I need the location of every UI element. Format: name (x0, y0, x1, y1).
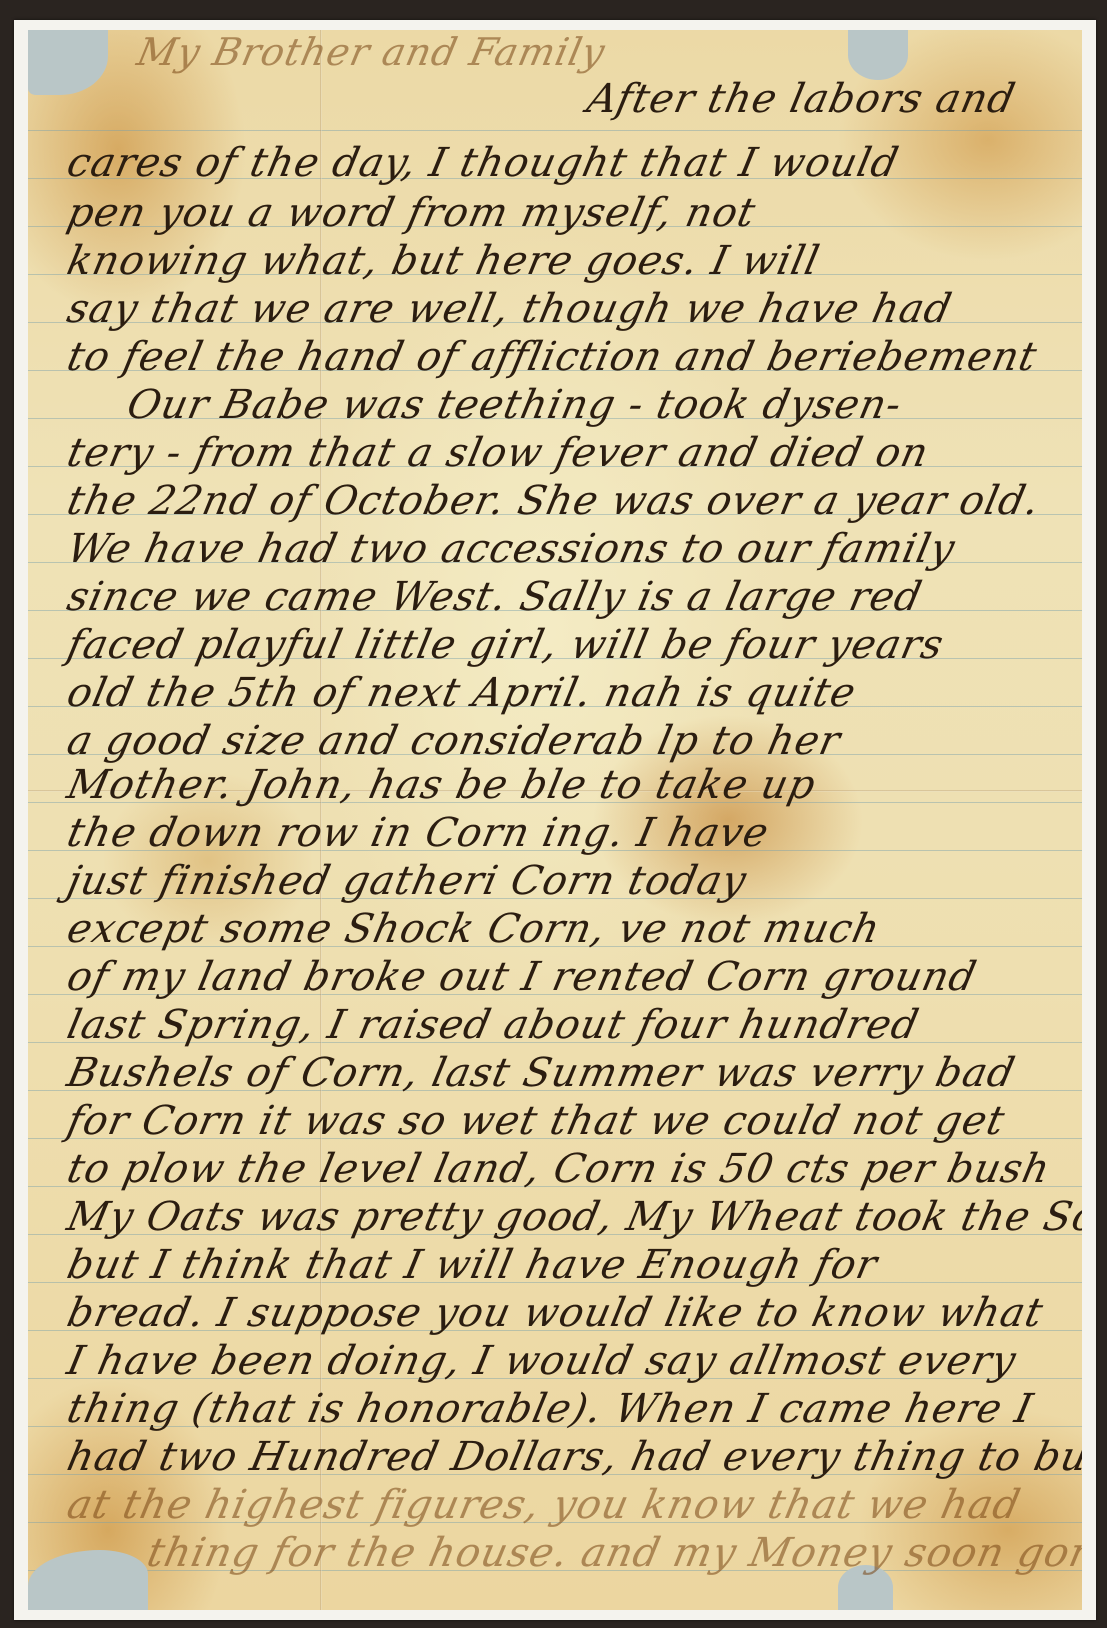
letter-line: bread. I suppose you would like to know … (63, 1290, 1047, 1336)
letter-line: cares of the day, I thought that I would (63, 140, 903, 186)
letter-line: pen you a word from myself, not (63, 190, 760, 236)
letter-line: After the labors and (583, 76, 1019, 122)
letter-line: knowing what, but here goes. I will (63, 238, 824, 284)
letter-line: the 22nd of October. She was over a year… (63, 478, 1044, 524)
torn-corner (28, 30, 108, 95)
letter-line: Bushels of Corn, last Summer was verry b… (63, 1050, 1019, 1096)
letter-line: Our Babe was teething - took dysen- (123, 382, 906, 428)
letter-line: thing for the house. and my Money soon g… (143, 1530, 1082, 1576)
letter-line: last Spring, I raised about four hundred (63, 1002, 923, 1048)
letter-line: since we came West. Sally is a large red (63, 574, 926, 620)
letter-line: just finished gatheri Corn today (63, 858, 751, 904)
letter-line: tery - from that a slow fever and died o… (63, 430, 933, 476)
ruled-line (28, 130, 1082, 131)
letter-line: We have had two accessions to our family (63, 526, 959, 572)
letter-line: the down row in Corn ing. I have (63, 810, 773, 856)
letter-line: for Corn it was so wet that we could not… (63, 1098, 1009, 1144)
letter-line: to plow the level land, Corn is 50 cts p… (63, 1146, 1054, 1192)
letter-page: My Brother and Family After the labors a… (28, 30, 1082, 1610)
salutation: My Brother and Family (133, 30, 609, 74)
letter-line: say that we are well, though we have had (63, 286, 956, 332)
letter-line: I have been doing, I would say allmost e… (63, 1338, 1020, 1384)
letter-line: at the highest figures, you know that we… (63, 1482, 1025, 1528)
letter-line: had two Hundred Dollars, had every thing… (63, 1434, 1082, 1480)
letter-line: of my land broke out I rented Corn groun… (63, 954, 981, 1000)
letter-line: Mother. John, has be ble to take up (63, 762, 820, 808)
letter-line: My Oats was pretty good, My Wheat took t… (63, 1194, 1082, 1240)
letter-line: but I think that I will have Enough for (63, 1242, 882, 1288)
letter-line: to feel the hand of affliction and berie… (63, 334, 1041, 380)
torn-hole (848, 30, 908, 80)
letter-line: faced playful little girl, will be four … (63, 622, 948, 668)
letter-line: old the 5th of next April. nah is quite (63, 670, 860, 716)
torn-corner (28, 1550, 148, 1610)
letter-line: a good size and considerab lp to her (63, 718, 845, 764)
letter-line: thing (that is honorable). When I came h… (63, 1386, 1037, 1432)
letter-line: except some Shock Corn, ve not much (63, 906, 884, 952)
